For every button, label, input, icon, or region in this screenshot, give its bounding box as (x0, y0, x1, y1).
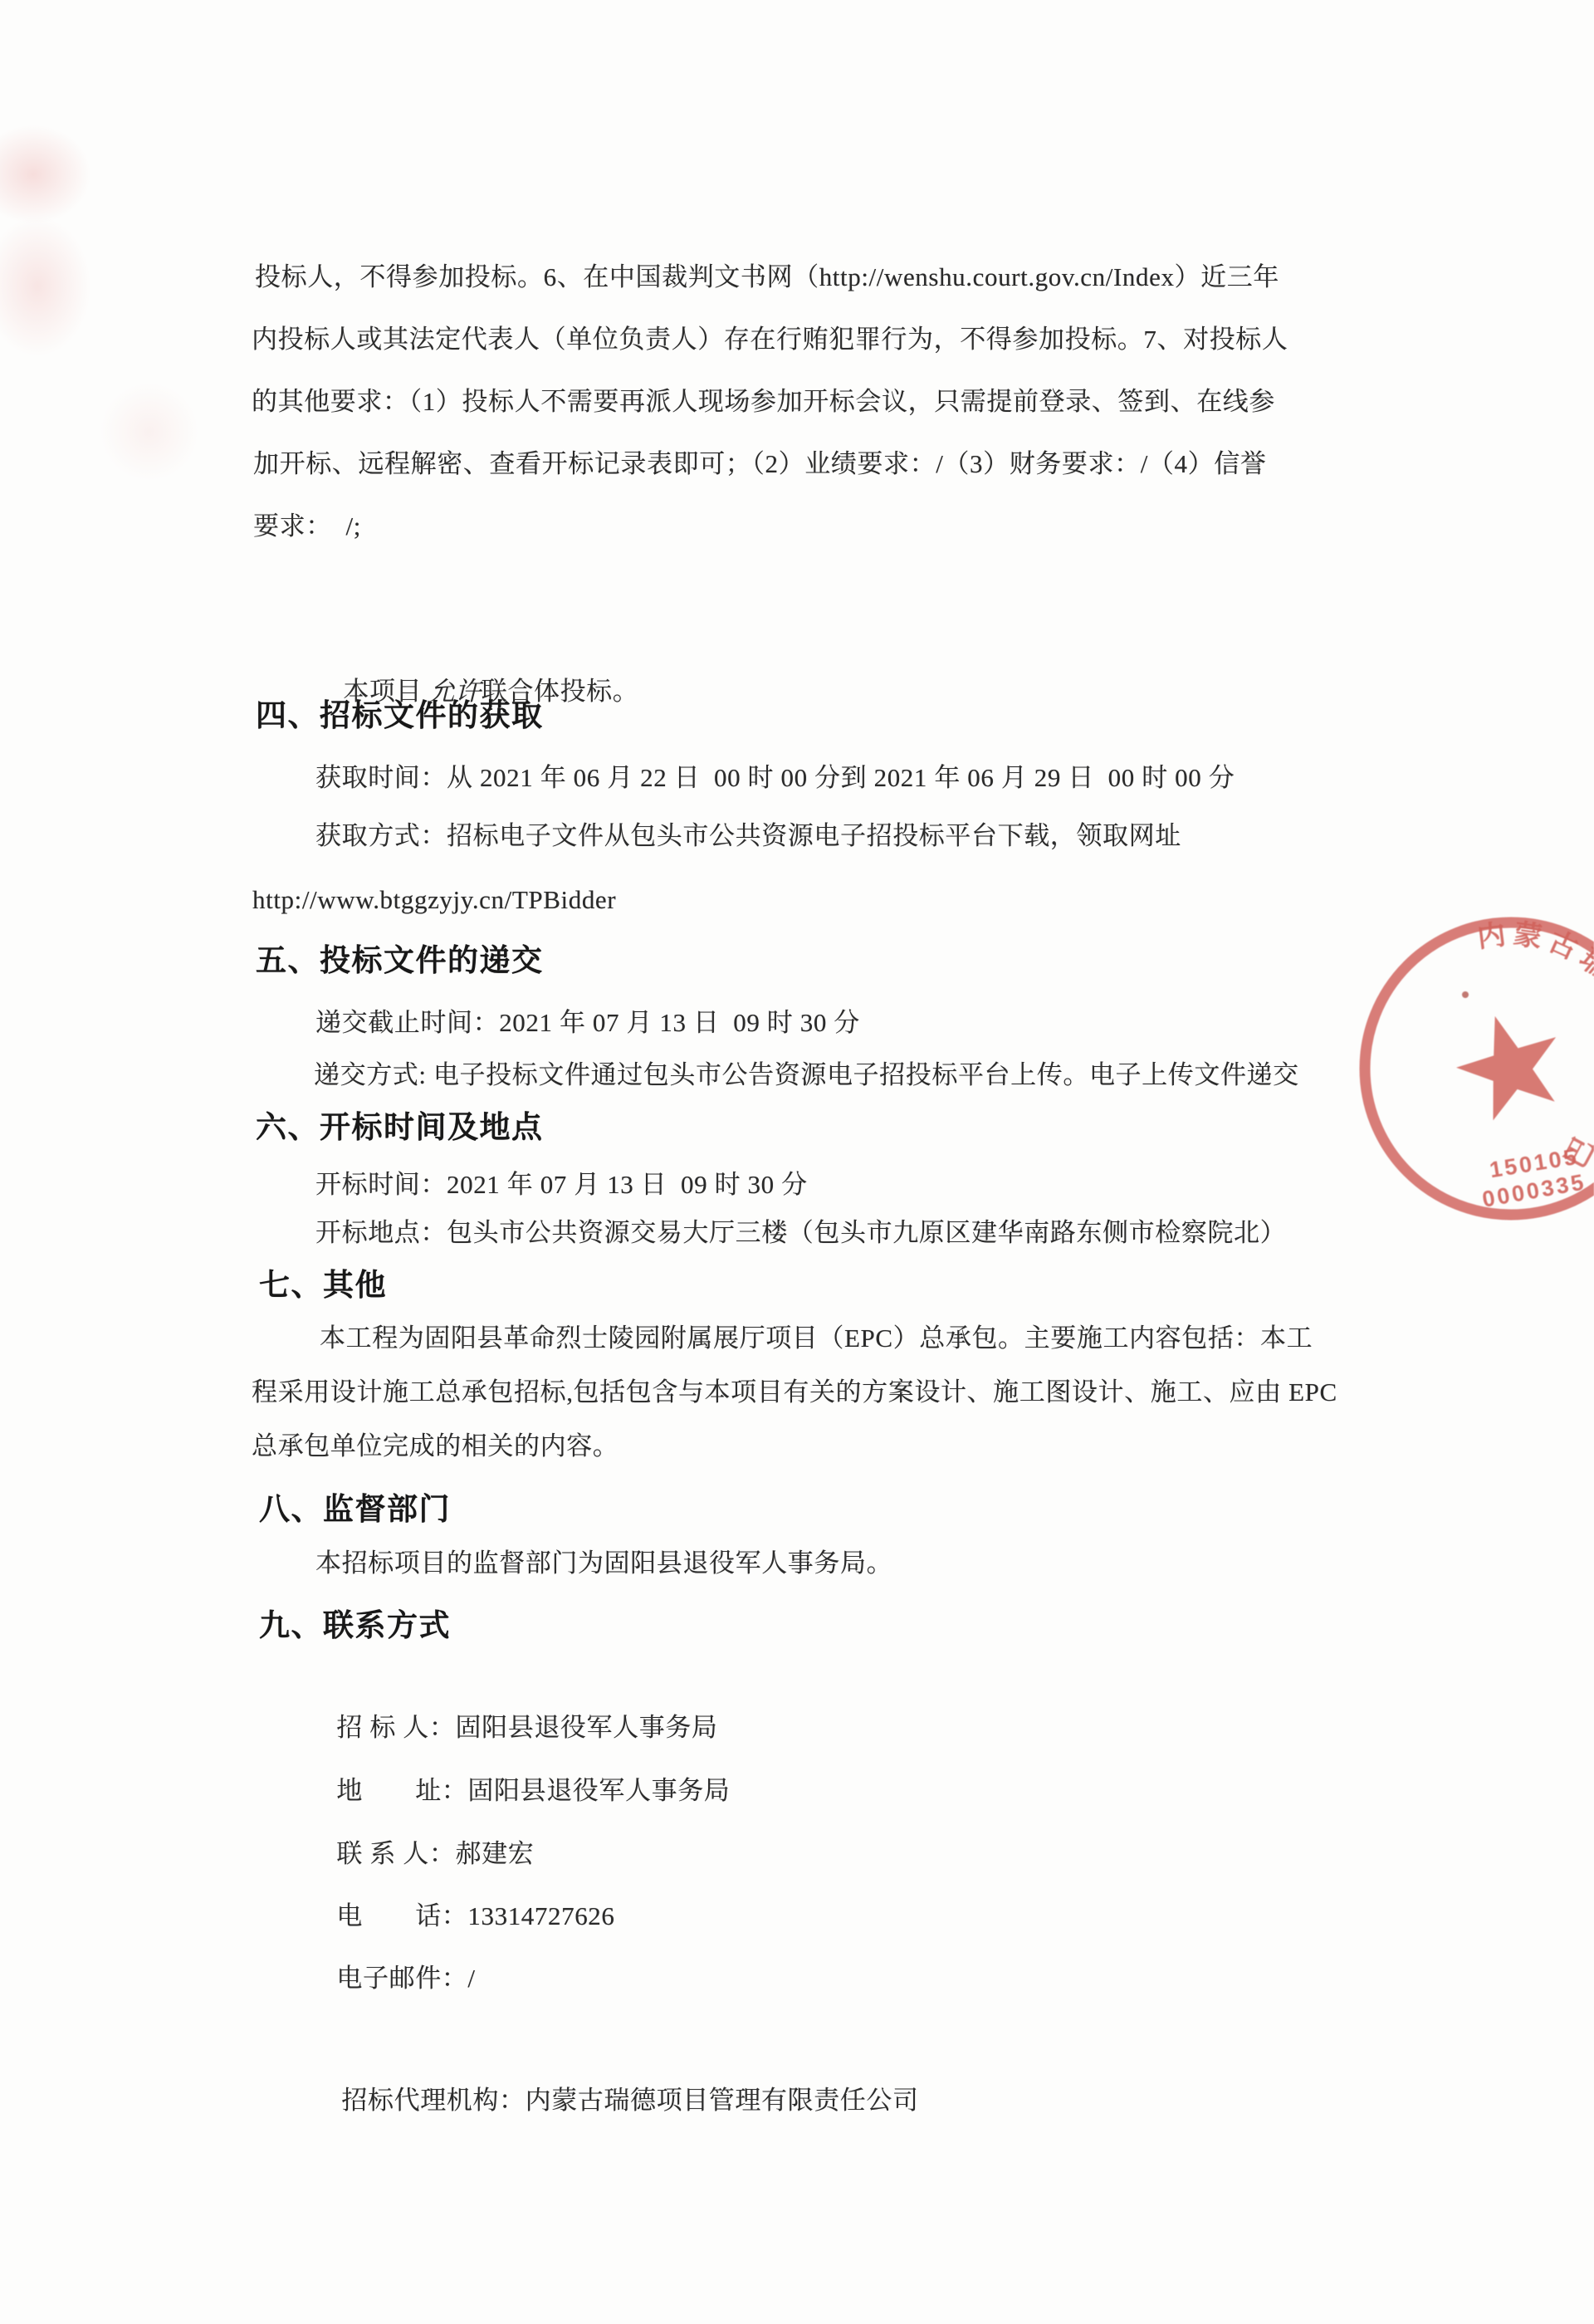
section-7-line-1: 本工程为固阳县革命烈士陵园附属展厅项目（EPC）总承包。主要施工内容包括：本工 (320, 1321, 1313, 1356)
scan-smudge (0, 216, 91, 357)
scan-smudge (100, 382, 199, 482)
intro-line-5: 要求： /; (253, 509, 361, 544)
section-4-download-url: http://www.btggzyjy.cn/TPBidder (252, 883, 616, 917)
official-stamp: 内蒙古瑞德项目管理有限责 150105 0000335 巴 (1353, 905, 1594, 1237)
stamp-arc-text: 内蒙古瑞德项目管理有限责 (1353, 905, 1594, 1118)
contact-value: / (467, 1961, 475, 1996)
ink-dot (1462, 991, 1469, 998)
section-6-open-time: 开标时间：2021 年 07 月 13 日 09 时 30 分 (315, 1167, 808, 1202)
section-7-line-3: 总承包单位完成的相关的内容。 (252, 1429, 619, 1464)
section-5-heading: 五、投标文件的递交 (256, 941, 544, 981)
section-5-deadline: 递交截止时间：2021 年 07 月 13 日 09 时 30 分 (315, 1005, 860, 1040)
section-8-supervisor-line: 本招标项目的监督部门为固阳县退役军人事务局。 (315, 1546, 892, 1581)
agency-label: 招标代理机构： (341, 2086, 525, 2115)
section-7-line-2: 程采用设计施工总承包招标,包括包含与本项目有关的方案设计、施工图设计、施工、应由… (252, 1375, 1337, 1410)
section-6-open-place: 开标地点：包头市公共资源交易大厅三楼（包头市九原区建华南路东侧市检察院北） (315, 1216, 1286, 1250)
star-icon (1456, 1016, 1556, 1121)
agency-name: 内蒙古瑞德项目管理有限责任公司 (526, 2086, 919, 2115)
section-4-obtain-method: 获取方式：招标电子文件从包头市公共资源电子招投标平台下载，领取网址 (315, 819, 1181, 854)
intro-line-2: 内投标人或其法定代表人（单位负责人）存在行贿犯罪行为，不得参加投标。7、对投标人 (252, 322, 1288, 357)
section-4-obtain-time: 获取时间：从 2021 年 06 月 22 日 00 时 00 分到 2021 … (315, 761, 1235, 795)
section-9-heading: 九、联系方式 (259, 1606, 451, 1646)
intro-line-1: 投标人，不得参加投标。6、在中国裁判文书网（http://wenshu.cour… (255, 260, 1279, 295)
section-8-heading: 八、监督部门 (259, 1490, 451, 1529)
intro-line-3: 的其他要求：（1）投标人不需要再派人现场参加开标会议，只需提前登录、签到、在线参 (252, 384, 1275, 419)
scanned-tender-notice-page: 投标人，不得参加投标。6、在中国裁判文书网（http://wenshu.cour… (0, 0, 1594, 2324)
section-4-heading: 四、招标文件的获取 (256, 696, 544, 736)
section-6-heading: 六、开标时间及地点 (256, 1108, 544, 1147)
contact-value: 13314727626 (467, 1899, 614, 1934)
contact-label: 电子邮件： (336, 1961, 467, 1996)
agency-line: 招标代理机构：内蒙古瑞德项目管理有限责任公司 (314, 2048, 919, 2153)
section-5-submit-method: 递交方式: 电子投标文件通过包头市公告资源电子招投标平台上传。电子上传文件递交 (314, 1058, 1299, 1093)
intro-line-4: 加开标、远程解密、查看开标记录表即可；（2）业绩要求：/（3）财务要求：/（4）… (253, 447, 1266, 482)
contact-row-email: 电子邮件：/ (309, 1926, 476, 2031)
scan-smudge (0, 125, 91, 224)
section-7-heading: 七、其他 (259, 1265, 387, 1305)
